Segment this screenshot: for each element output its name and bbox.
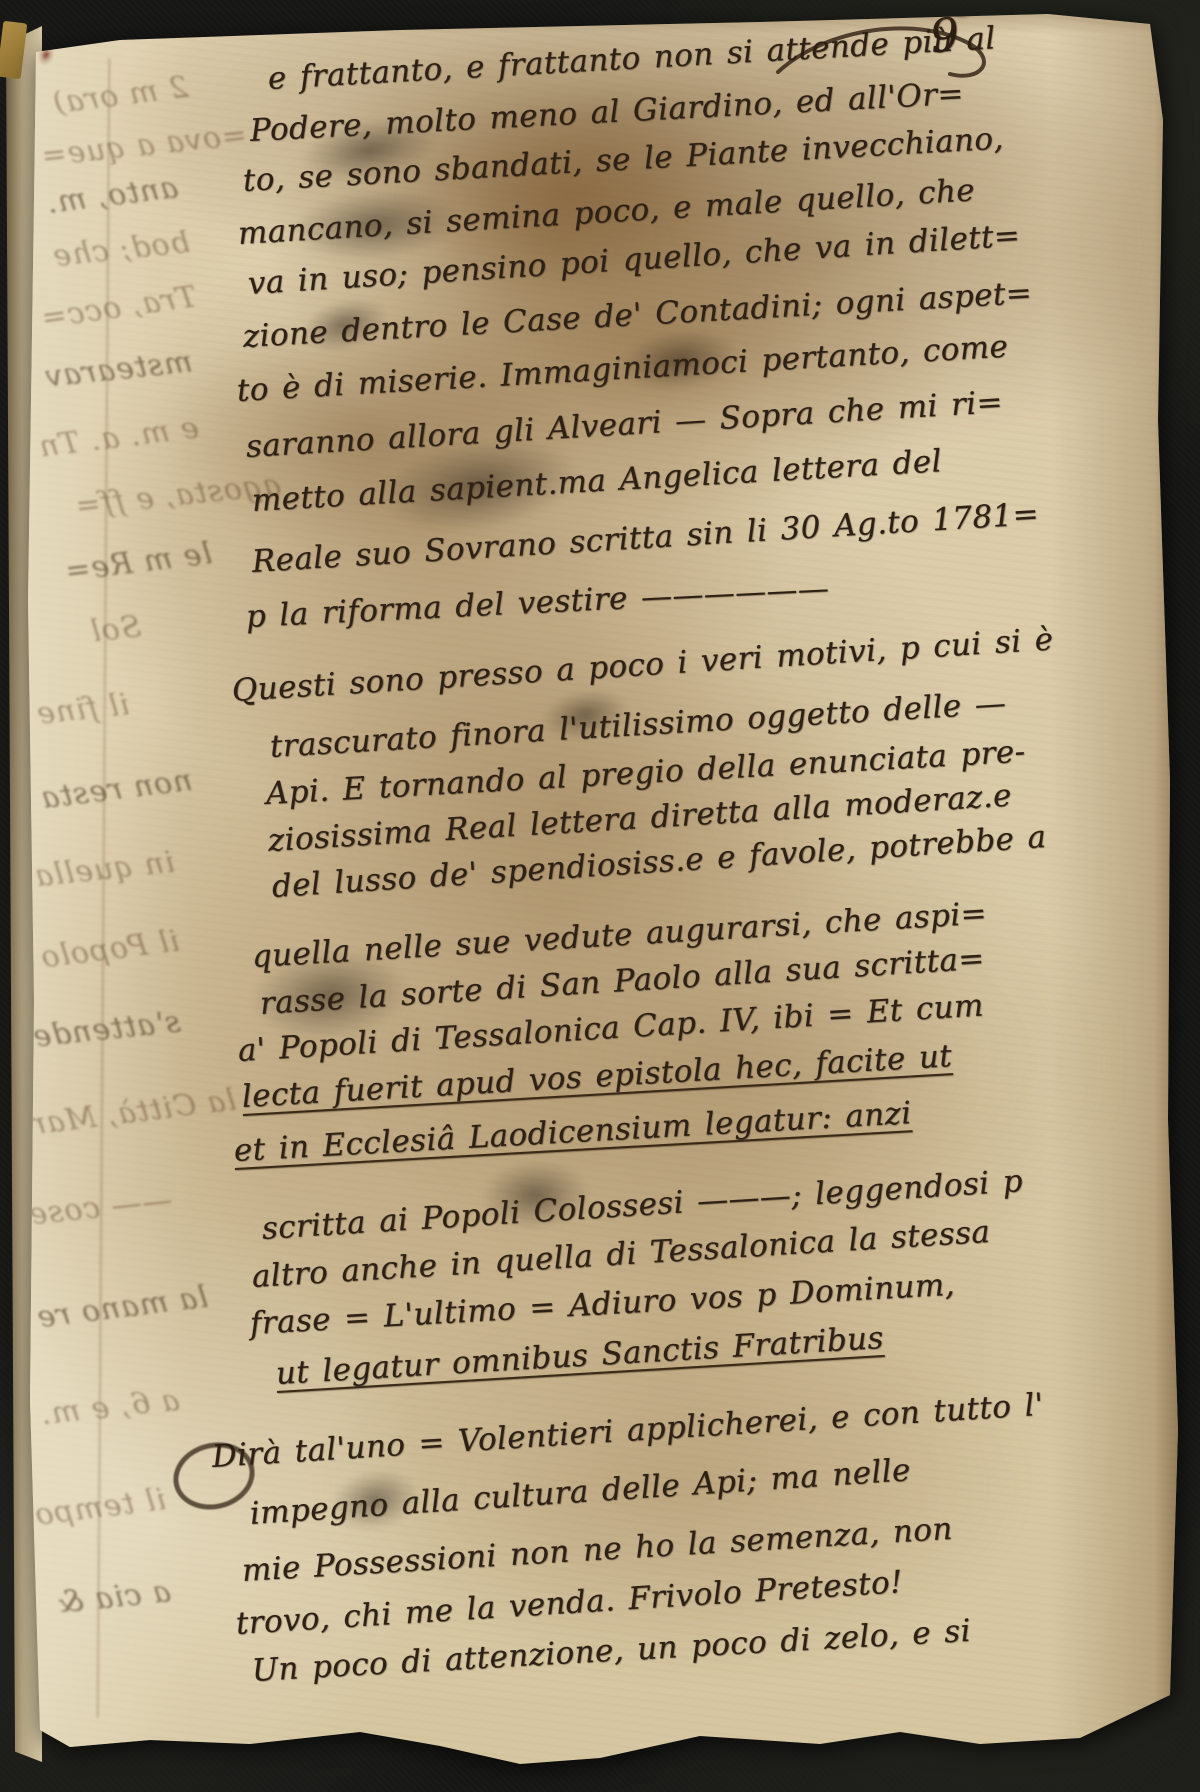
- bleedthrough-text: la Città, Mar: [29, 1083, 238, 1143]
- bleedthrough-text: bod; che: [51, 225, 192, 274]
- bleedthrough-text: =ova a que=: [39, 117, 249, 173]
- bleedthrough-text: 2 m ora): [50, 70, 190, 121]
- page-number: 9: [927, 7, 962, 64]
- page-wrapper: 2 m ora)=ova a que=anto, m.bod; cheTra, …: [0, 0, 1200, 1792]
- manuscript-line: p la riforma del vestire ——————: [245, 570, 830, 637]
- bleedthrough-text: anto, m.: [44, 170, 180, 221]
- manuscript-page: 2 m ora)=ova a que=anto, m.bod; cheTra, …: [0, 0, 1200, 1792]
- manuscript-scan: 2 m ora)=ova a que=anto, m.bod; cheTra, …: [0, 0, 1200, 1792]
- bleedthrough-text: in quella: [33, 845, 177, 895]
- bleedthrough-text: a cia &: [54, 1574, 172, 1621]
- wax-spot: [35, 42, 58, 68]
- bleedthrough-text: le m Re=: [62, 536, 214, 589]
- bleedthrough-text: a 6, e m.: [39, 1383, 182, 1432]
- bleedthrough-text: il Popolo: [38, 924, 181, 976]
- bleedthrough-text: —— cose: [27, 1183, 174, 1233]
- bleedthrough-text: mstearav: [43, 344, 195, 394]
- bleedthrough-text: e m. a. Tn: [36, 410, 200, 464]
- bleedthrough-text: la mano re: [35, 1280, 210, 1336]
- bleedthrough-text: non resta: [38, 763, 194, 816]
- ink-smudge: [951, 0, 975, 19]
- bleedthrough-text: s'attende: [31, 1004, 183, 1054]
- bleedthrough-text: il fine: [34, 687, 131, 732]
- manuscript-line: Dirà tal'uno = Volentieri applicherei, e…: [211, 1386, 1045, 1477]
- bleedthrough-text: Sol: [88, 609, 143, 649]
- bleedthrough-text: Tra, occ=: [38, 279, 198, 336]
- pen-flourish-icon: [770, 16, 1000, 86]
